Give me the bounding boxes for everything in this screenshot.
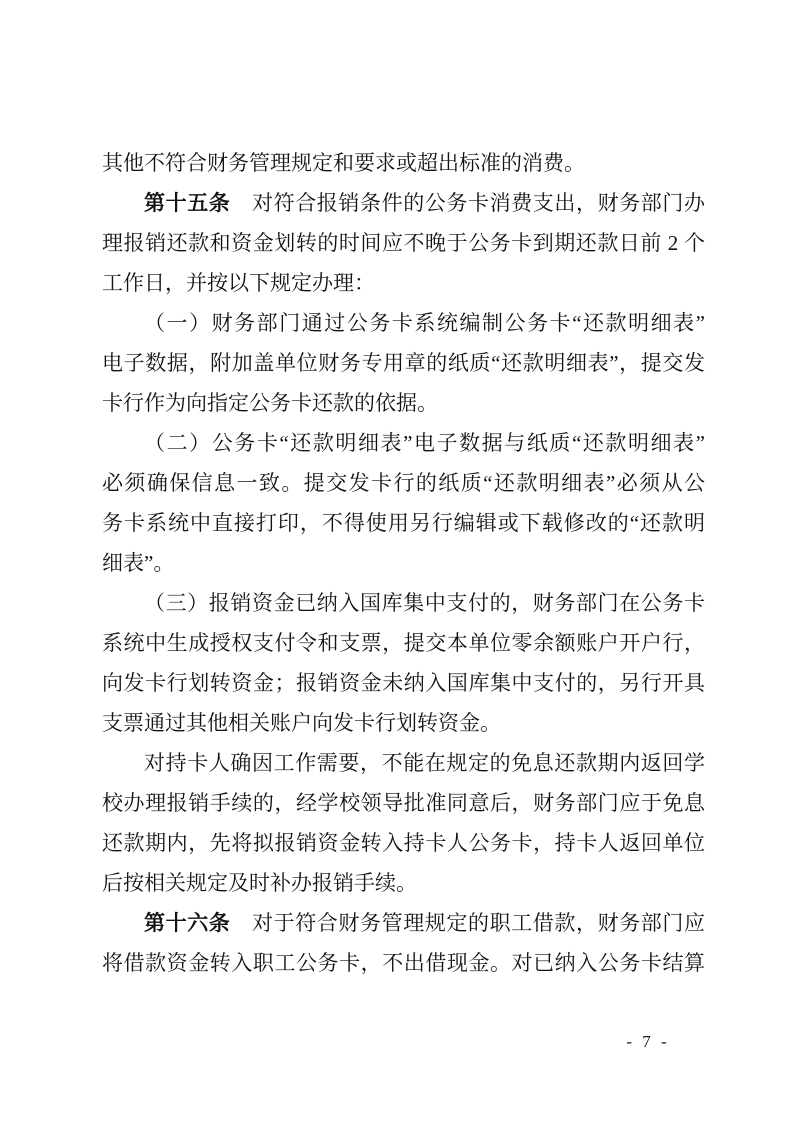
doc-line: 务卡系统中直接打印，不得使用另行编辑或下载修改的“还款明 — [102, 503, 705, 543]
doc-line: 卡行作为向指定公务卡还款的依据。 — [102, 383, 705, 423]
article-number: 第十五条 — [144, 191, 230, 215]
doc-text: 还款期内，先将拟报销资金转入持卡人公务卡，持卡人返回单位 — [102, 831, 705, 855]
doc-text: 对于符合财务管理规定的职工借款，财务部门应 — [230, 911, 705, 935]
doc-text: （一）财务部门通过公务卡系统编制公务卡“还款明细表” — [144, 311, 705, 335]
doc-text: 电子数据，附加盖单位财务专用章的纸质“还款明细表”，提交发 — [102, 351, 705, 375]
article-number: 第十六条 — [144, 911, 230, 935]
doc-text: 对持卡人确因工作需要，不能在规定的免息还款期内返回学 — [144, 751, 705, 775]
doc-text: （二）公务卡“还款明细表”电子数据与纸质“还款明细表” — [144, 431, 705, 455]
doc-text: 细表”。 — [102, 551, 174, 575]
doc-text: 后按相关规定及时补办报销手续。 — [102, 871, 417, 895]
document-body: 其他不符合财务管理规定和要求或超出标准的消费。第十五条 对符合报销条件的公务卡消… — [102, 143, 705, 983]
doc-text: 卡行作为向指定公务卡还款的依据。 — [102, 391, 438, 415]
doc-line: 将借款资金转入职工公务卡，不出借现金。对已纳入公务卡结算 — [102, 943, 705, 983]
doc-text: 务卡系统中直接打印，不得使用另行编辑或下载修改的“还款明 — [102, 511, 705, 535]
doc-line: 还款期内，先将拟报销资金转入持卡人公务卡，持卡人返回单位 — [102, 823, 705, 863]
doc-text: 必须确保信息一致。提交发卡行的纸质“还款明细表”必须从公 — [102, 471, 705, 495]
doc-line: 后按相关规定及时补办报销手续。 — [102, 863, 705, 903]
doc-line: 系统中生成授权支付令和支票，提交本单位零余额账户开户行， — [102, 623, 705, 663]
doc-text: 对符合报销条件的公务卡消费支出，财务部门办 — [230, 191, 705, 215]
doc-line: 第十五条 对符合报销条件的公务卡消费支出，财务部门办 — [102, 183, 705, 223]
doc-line: 电子数据，附加盖单位财务专用章的纸质“还款明细表”，提交发 — [102, 343, 705, 383]
doc-line: （二）公务卡“还款明细表”电子数据与纸质“还款明细表” — [102, 423, 705, 463]
doc-line: （三）报销资金已纳入国库集中支付的，财务部门在公务卡 — [102, 583, 705, 623]
doc-line: 校办理报销手续的，经学校领导批准同意后，财务部门应于免息 — [102, 783, 705, 823]
doc-text: 校办理报销手续的，经学校领导批准同意后，财务部门应于免息 — [102, 791, 705, 815]
doc-line: 理报销还款和资金划转的时间应不晚于公务卡到期还款日前 2 个 — [102, 223, 705, 263]
doc-text: 向发卡行划转资金；报销资金未纳入国库集中支付的，另行开具 — [102, 671, 705, 695]
doc-text: 理报销还款和资金划转的时间应不晚于公务卡到期还款日前 2 个 — [102, 231, 705, 255]
page-number: - 7 - — [598, 1032, 698, 1052]
doc-text: 支票通过其他相关账户向发卡行划转资金。 — [102, 711, 501, 735]
doc-line: 第十六条 对于符合财务管理规定的职工借款，财务部门应 — [102, 903, 705, 943]
doc-text: 工作日，并按以下规定办理： — [102, 271, 375, 295]
doc-text: 其他不符合财务管理规定和要求或超出标准的消费。 — [102, 151, 585, 175]
doc-line: 必须确保信息一致。提交发卡行的纸质“还款明细表”必须从公 — [102, 463, 705, 503]
doc-line: 其他不符合财务管理规定和要求或超出标准的消费。 — [102, 143, 705, 183]
doc-line: 工作日，并按以下规定办理： — [102, 263, 705, 303]
doc-line: 对持卡人确因工作需要，不能在规定的免息还款期内返回学 — [102, 743, 705, 783]
document-page: 其他不符合财务管理规定和要求或超出标准的消费。第十五条 对符合报销条件的公务卡消… — [0, 0, 794, 1123]
doc-line: （一）财务部门通过公务卡系统编制公务卡“还款明细表” — [102, 303, 705, 343]
doc-text: 系统中生成授权支付令和支票，提交本单位零余额账户开户行， — [102, 631, 705, 655]
doc-line: 细表”。 — [102, 543, 705, 583]
doc-text: 将借款资金转入职工公务卡，不出借现金。对已纳入公务卡结算 — [102, 951, 705, 975]
doc-text: （三）报销资金已纳入国库集中支付的，财务部门在公务卡 — [144, 591, 705, 615]
doc-line: 向发卡行划转资金；报销资金未纳入国库集中支付的，另行开具 — [102, 663, 705, 703]
doc-line: 支票通过其他相关账户向发卡行划转资金。 — [102, 703, 705, 743]
